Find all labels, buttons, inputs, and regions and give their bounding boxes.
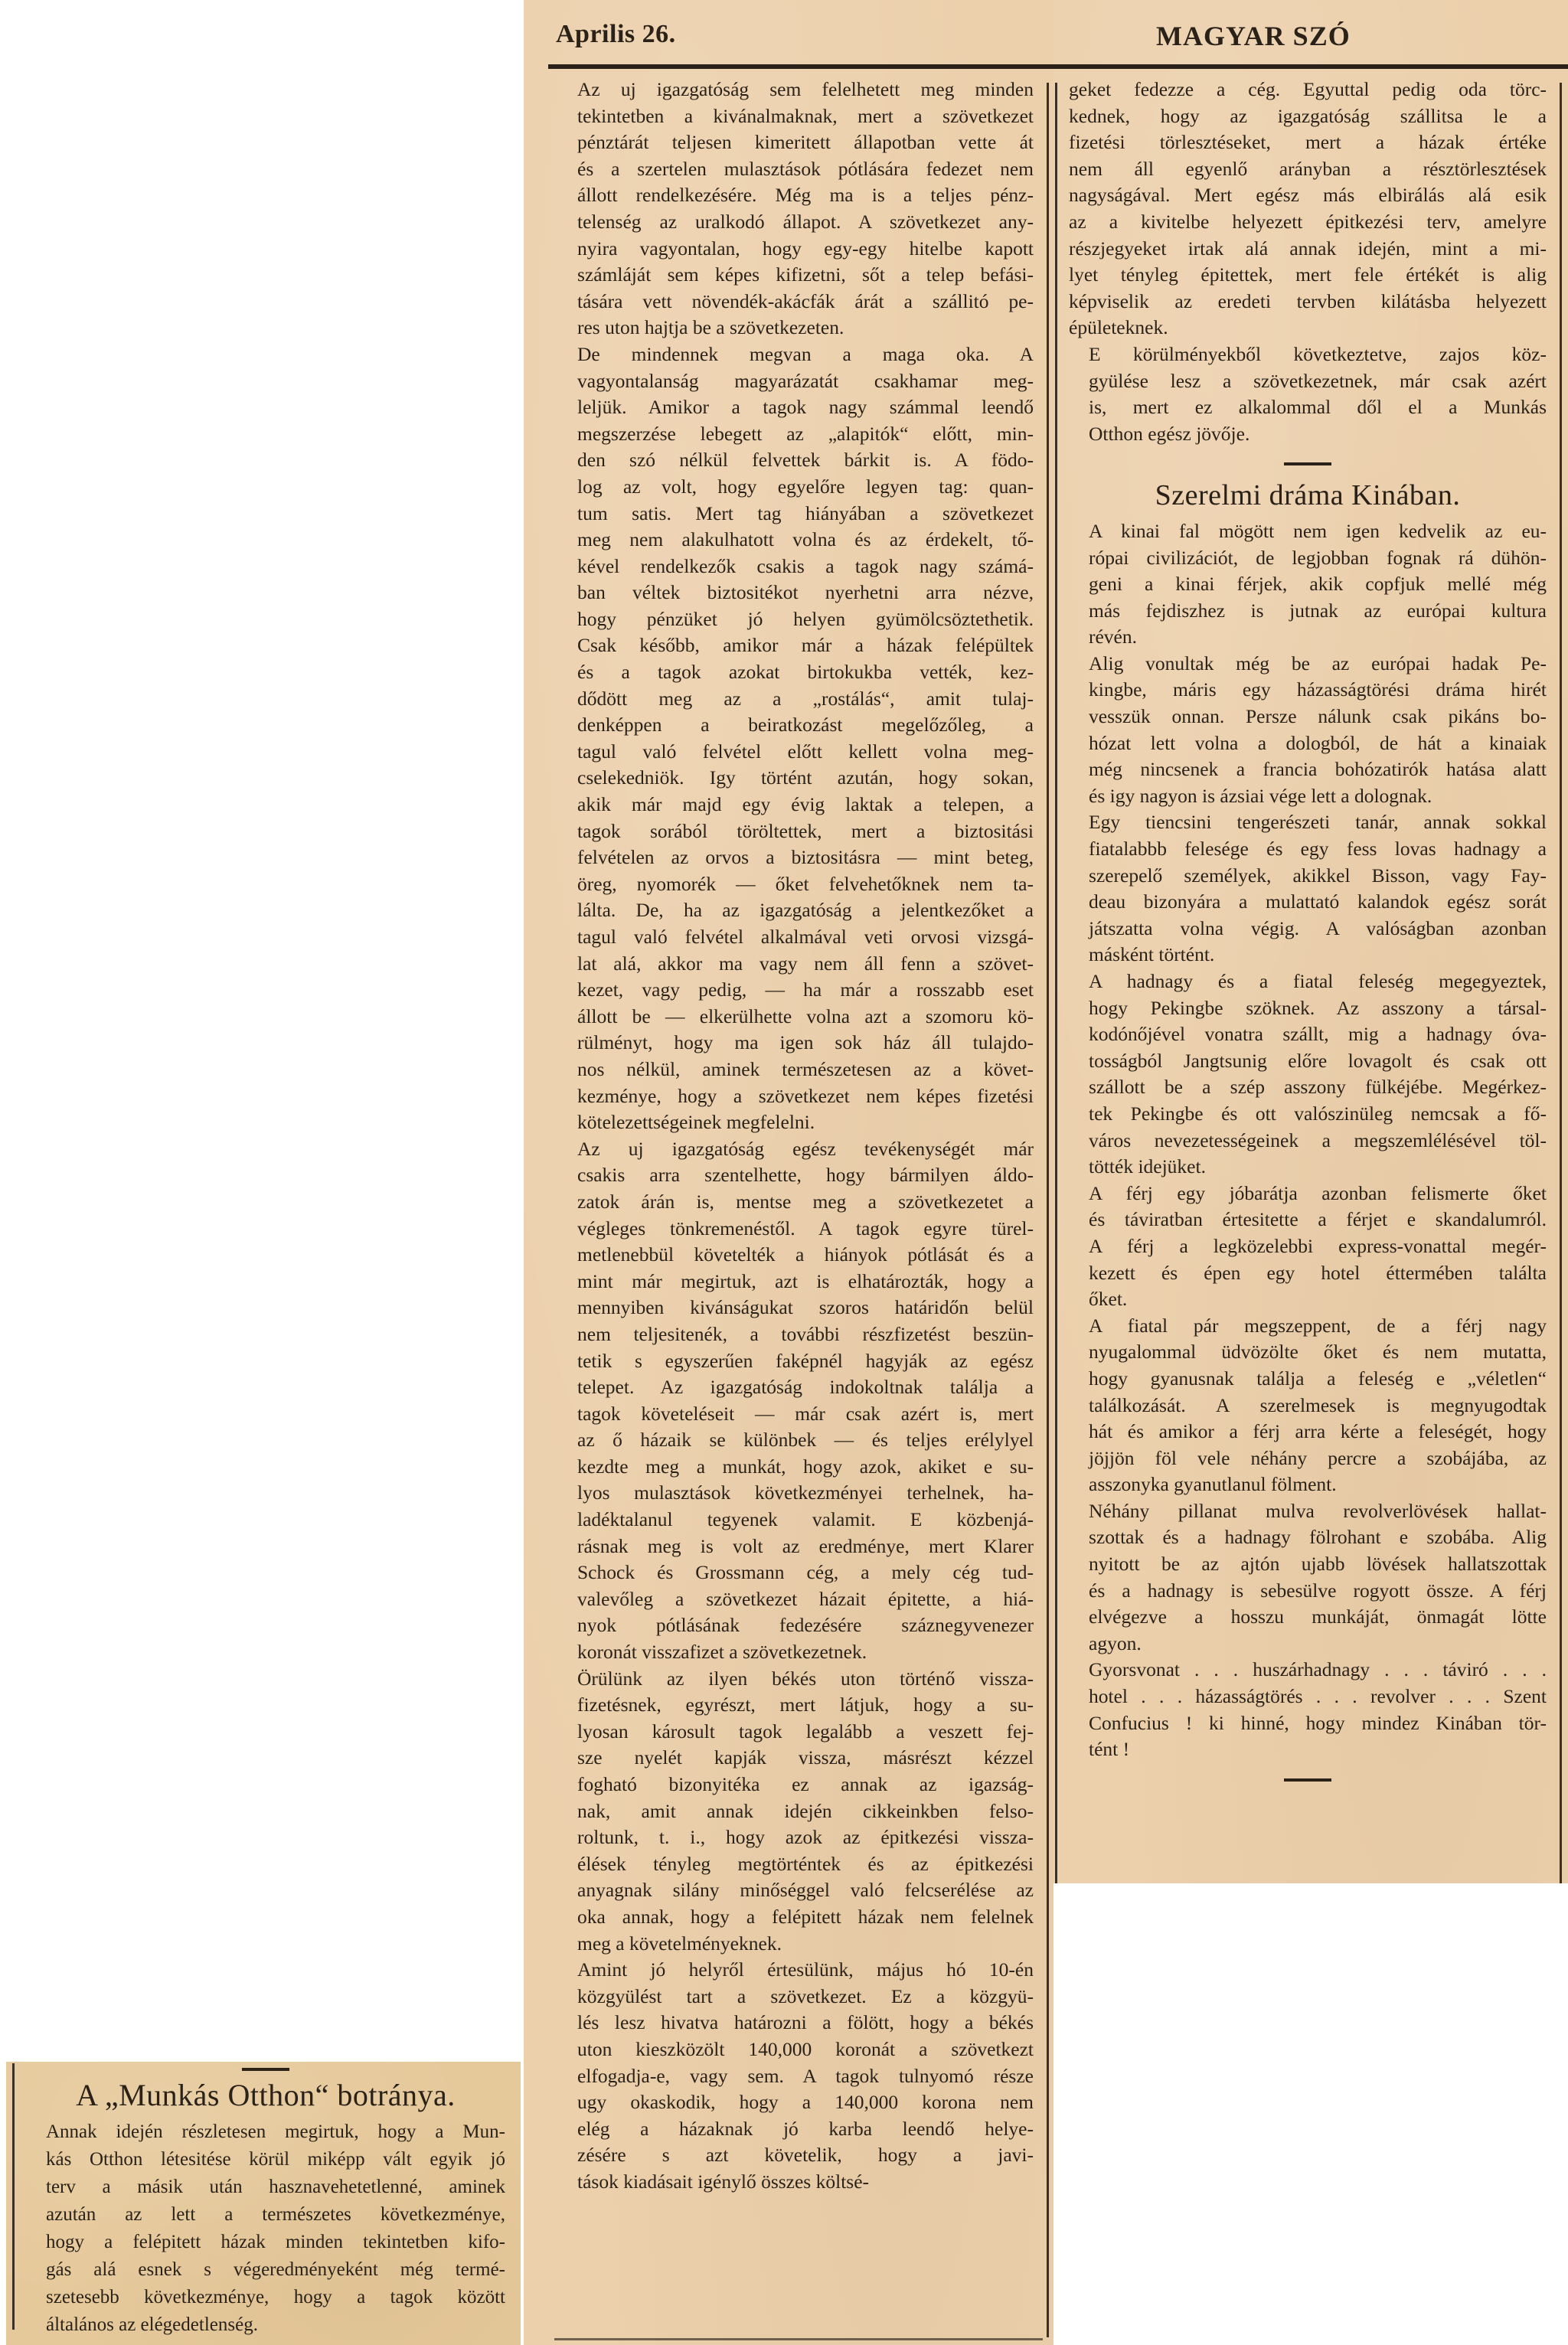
text-line: kezet, vagy pedig, — ha már a rosszabb e… [557, 977, 1034, 1004]
text-line: vesszük onnan. Persze nálunk csak pikáns… [1069, 704, 1547, 730]
text-line: res uton hajtja be a szövetkezeten. [557, 315, 1034, 341]
text-line: A férj egy jóbarátja azonban felismerte … [1069, 1181, 1547, 1207]
text-line: oka annak, hogy a felépitett házak nem f… [557, 1904, 1034, 1931]
text-line: felvételen az orvos a biztositásra — min… [557, 844, 1034, 871]
text-line: Az uj igazgatóság egész tevékenységét má… [557, 1136, 1034, 1163]
text-line: tosságból Jangtsunig előre lovagolt és c… [1069, 1048, 1547, 1075]
text-line: zésére s azt követelik, hogy a javi- [557, 2142, 1034, 2169]
header-rule [548, 64, 1053, 69]
paragraph: Amint jó helyről értesülünk, május hó 10… [557, 1957, 1034, 2195]
paragraph: E körülményekből következtetve, zajos kö… [1069, 341, 1547, 447]
text-line: nyira vagyontalan, hogy egy-egy hitelbe … [557, 236, 1034, 263]
text-line: részjegyeket irtak alá annak idején, min… [1069, 236, 1547, 263]
text-line: cselekedniök. Igy történt azután, hogy s… [557, 765, 1034, 792]
text-line: jöjjön föl vele néhány percre a szobájáb… [1069, 1445, 1547, 1472]
paragraph: A hadnagy és a fiatal feleség megegyezte… [1069, 968, 1547, 1181]
text-line: tagok sorából töröltettek, mert a biztos… [557, 818, 1034, 845]
text-line: gás alá esnek s végeredményeként még ter… [26, 2256, 505, 2284]
text-line: tek Pekingbe és ott valószinüleg nemcsak… [1069, 1101, 1547, 1128]
text-line: Örülünk az ilyen békés uton történő viss… [557, 1666, 1034, 1693]
text-line: tötték idejüket. [1069, 1154, 1547, 1181]
paragraph: Néhány pillanat mulva revolverlövések ha… [1069, 1498, 1547, 1658]
text-line: pénztárát teljesen kimeritett állapotban… [557, 129, 1034, 156]
text-line: is, mert ez alkalommal dől el a Munkás [1069, 394, 1547, 421]
text-line: A férj a legközelebbi express-vonattal m… [1069, 1233, 1547, 1260]
text-line: város nevezetességeinek a megszemlélésév… [1069, 1128, 1547, 1155]
text-line: az ő házaik se különbek — és teljes erél… [557, 1427, 1034, 1454]
text-line: játszatta volna végig. A valóságban azon… [1069, 916, 1547, 942]
text-line: Amint jó helyről értesülünk, május hó 10… [557, 1957, 1034, 1984]
text-line: uton kieszközölt 140,000 koronát a szöve… [557, 2036, 1034, 2063]
text-line: és a hadnagy is sebesülve rogyott össze.… [1069, 1578, 1547, 1605]
text-line: kével rendelkezők csakis a tagok nagy sz… [557, 554, 1034, 580]
text-line: geni a kinai férjek, akik copfjuk mellé … [1069, 571, 1547, 598]
text-line: kötelezettségeinek megfelelni. [557, 1109, 1034, 1136]
article-body: geket fedezze a cég. Egyuttal pedig oda … [1069, 77, 1547, 1798]
text-line: lyet tényleg épitettek, mert fele értéké… [1069, 262, 1547, 289]
section-separator [1284, 462, 1331, 465]
text-line: és táviratban értesitette a férjet e ska… [1069, 1207, 1547, 1233]
text-line: és igy nagyon is ázsiai vége lett a dolo… [1069, 783, 1547, 810]
text-line: képviselik az eredeti tervben kilátásba … [1069, 289, 1547, 315]
text-line: állott be — elkerülhette volna azt a szo… [557, 1004, 1034, 1030]
paragraph: A fiatal pár megszeppent, de a férj nagy… [1069, 1313, 1547, 1498]
text-line: szerepelő személyek, akikkel Bisson, vag… [1069, 863, 1547, 890]
text-line: tum satis. Mert tag hiányában a szövetke… [557, 501, 1034, 527]
text-line: és a tagok azokat birtokukba vették, kez… [557, 659, 1034, 686]
text-line: rülményt, hogy ma igen sok ház áll tulaj… [557, 1030, 1034, 1057]
text-line: zatok árán is, mentse meg a szövetkezete… [557, 1189, 1034, 1216]
left-clipping: A „Munkás Otthon“ botránya. Annak idején… [6, 2062, 521, 2345]
text-line: hogy a felépitett házak minden tekintetb… [26, 2229, 505, 2256]
text-line: geket fedezze a cég. Egyuttal pedig oda … [1069, 77, 1547, 103]
text-line: általános az elégedetlenség. [26, 2311, 505, 2339]
text-line: közgyülést tart a szövetkezet. Ez a közg… [557, 1984, 1034, 2010]
text-line: megszerzése lebegett az „alapitók“ előtt… [557, 421, 1034, 448]
text-line: végleges tönkremenéstől. A tagok egyre t… [557, 1216, 1034, 1243]
text-line: hózat lett volna a dologból, de hát a ki… [1069, 730, 1547, 757]
text-line: Schock és Grossmann cég, a mely cég tud- [557, 1560, 1034, 1586]
text-line: De mindennek megvan a maga oka. A [557, 341, 1034, 368]
column-rule-left [1055, 83, 1057, 1883]
text-line: találkozását. A szerelmesek is megnyugod… [1069, 1393, 1547, 1419]
text-line: élések tényleg megtörténtek és az épitke… [557, 1851, 1034, 1878]
text-line: nyitott be az ajtón ujabb lövések hallat… [1069, 1551, 1547, 1578]
text-line: öreg, nyomorék — őket felvehetőknek nem … [557, 871, 1034, 898]
text-line: szetesebb következménye, hogy a tagok kö… [26, 2284, 505, 2311]
text-line: más fejdiszhez is jutnak az európai kult… [1069, 598, 1547, 625]
text-line: fizetésnek, egyrészt, mert látjuk, hogy … [557, 1692, 1034, 1719]
text-line: fiatalabbb felesége és egy fess lovas ha… [1069, 836, 1547, 863]
paragraph: Gyorsvonat . . . huszárhadnagy . . . táv… [1069, 1657, 1547, 1762]
text-line: elég a házaknak jó karba leendő helye- [557, 2116, 1034, 2143]
section-separator [1284, 1778, 1331, 1782]
text-line: kingbe, máris egy házasságtörési dráma h… [1069, 677, 1547, 704]
text-line: fizetési törlesztéseket, mert a házak ér… [1069, 129, 1547, 156]
text-line: leljük. Amikor a tagok nagy számmal leen… [557, 394, 1034, 421]
text-line: dődött meg az a „rostálás“, amit tulaj- [557, 686, 1034, 713]
paragraph: Örülünk az ilyen békés uton történő viss… [557, 1666, 1034, 1958]
text-line: lálta. De, ha az igazgatóság a jelentkez… [557, 897, 1034, 924]
text-line: vagyontalanság magyarázatát csakhamar me… [557, 368, 1034, 395]
text-line: azután az lett a természetes következmén… [26, 2201, 505, 2229]
text-line: lés lesz hivatva határozni a fölött, hog… [557, 2010, 1034, 2036]
text-line: Otthon egész jövője. [1069, 421, 1547, 448]
text-line: az a kivitelbe helyezett épitkezési terv… [1069, 209, 1547, 236]
text-line: kezett és épen egy hotel éttermében talá… [1069, 1260, 1547, 1287]
text-line: nyugalommal üdvözölte őket és nem mutatt… [1069, 1339, 1547, 1366]
text-line: nagyságával. Mert egész más elbirálás al… [1069, 182, 1547, 209]
text-line: Egy tiencsini tengerészeti tanár, annak … [1069, 809, 1547, 836]
text-line: kodónőjével vonatra szállt, mig a hadnag… [1069, 1021, 1547, 1048]
text-line: őket. [1069, 1286, 1547, 1313]
text-line: kás Otthon létesitése körül miképp vált … [26, 2146, 505, 2174]
text-line: nos nélkül, aminek természetesen az a kö… [557, 1057, 1034, 1083]
text-line: nyok pótlásának fedezésére száznegyvenez… [557, 1612, 1034, 1639]
text-line: gyülése lesz a szövetkezetnek, már csak … [1069, 368, 1547, 395]
text-line: deau bizonyára a mulattató kalandok egés… [1069, 889, 1547, 916]
paragraph: Egy tiencsini tengerészeti tanár, annak … [1069, 809, 1547, 968]
text-line: rásnak meg is volt az eredménye, mert Kl… [557, 1533, 1034, 1560]
article-body: Az uj igazgatóság sem felelhetett meg mi… [557, 77, 1034, 2196]
paragraph: Alig vonultak még be az európai hadak Pe… [1069, 651, 1547, 810]
paragraph: Az uj igazgatóság egész tevékenységét má… [557, 1136, 1034, 1666]
text-line: hotel . . . házasságtörés . . . revolver… [1069, 1684, 1547, 1710]
paragraph: A férj egy jóbarátja azonban felismerte … [1069, 1181, 1547, 1313]
text-line: lyos mulasztások következményei terhelne… [557, 1480, 1034, 1507]
masthead: MAGYAR SZÓ [1156, 20, 1351, 52]
text-line: A hadnagy és a fiatal feleség megegyezte… [1069, 968, 1547, 995]
text-line: tetik s egyszerűen faképnél hagyják az e… [557, 1348, 1034, 1375]
text-line: E körülményekből következtetve, zajos kö… [1069, 341, 1547, 368]
text-line: Gyorsvonat . . . huszárhadnagy . . . táv… [1069, 1657, 1547, 1684]
middle-clipping: Aprilis 26. Az uj igazgatóság sem felelh… [524, 0, 1053, 2345]
text-line: Confucius ! ki hinné, hogy mindez Kinába… [1069, 1710, 1547, 1737]
text-line: tások kiadásait igénylő összes költsé- [557, 2169, 1034, 2196]
text-line: elvégezve a hosszu munkáját, önmagát löt… [1069, 1604, 1547, 1631]
text-line: hogy pénzüket jó helyen gyümölcsöztethet… [557, 606, 1034, 633]
text-line: szállott be a szép asszony fülkéjébe. Me… [1069, 1074, 1547, 1101]
text-line: lyosan károsult tagok legalább a veszett… [557, 1719, 1034, 1746]
text-line: mennyiben kivánságukat szoros határidőn … [557, 1295, 1034, 1321]
text-line: agyon. [1069, 1631, 1547, 1658]
text-line: révén. [1069, 624, 1547, 651]
text-line: tagul való felvétel alkalmával veti orvo… [557, 924, 1034, 951]
text-line: tására vett növendék-akácfák árát a szál… [557, 289, 1034, 315]
text-line: A fiatal pár megszeppent, de a férj nagy [1069, 1313, 1547, 1340]
text-line: meg a követelményeknek. [557, 1931, 1034, 1958]
paragraph: De mindennek megvan a maga oka. Avagyont… [557, 341, 1034, 1136]
text-line: Az uj igazgatóság sem felelhetett meg mi… [557, 77, 1034, 103]
text-line: Alig vonultak még be az európai hadak Pe… [1069, 651, 1547, 678]
text-line: tént ! [1069, 1736, 1547, 1763]
paragraph: A kinai fal mögött nem igen kedvelik az … [1069, 518, 1547, 651]
section-separator [242, 2068, 289, 2071]
text-line: metlenebbül követelték a hiányok pótlásá… [557, 1242, 1034, 1269]
text-line: mint már megirtuk, azt is elhatározták, … [557, 1269, 1034, 1295]
text-line: hogy Pekingbe szöknek. Az asszony a társ… [1069, 995, 1547, 1022]
right-clipping: MAGYAR SZÓ geket fedezze a cég. Egyuttal… [1053, 0, 1568, 1883]
text-line: Néhány pillanat mulva revolverlövések ha… [1069, 1498, 1547, 1525]
text-line: Annak idején részletesen megirtuk, hogy … [26, 2118, 505, 2146]
text-line: roltunk, t. i., hogy azok az épitkezési … [557, 1824, 1034, 1851]
text-line: lat alá, akkor ma vagy nem áll fenn a sz… [557, 951, 1034, 978]
text-line: ban véltek biztositékot nyerhetni arra n… [557, 580, 1034, 606]
column-rule [1047, 83, 1049, 2337]
text-line: A kinai fal mögött nem igen kedvelik az … [1069, 518, 1547, 545]
text-line: rópai civilizációt, de legjobban fognak … [1069, 545, 1547, 572]
text-line: tekintetben a kivánalmaknak, mert a szöv… [557, 103, 1034, 130]
article-heading: Szerelmi dráma Kinában. [1069, 482, 1547, 509]
article-heading: A „Munkás Otthon“ botránya. [26, 2082, 505, 2109]
paragraph-continuation: geket fedezze a cég. Egyuttal pedig oda … [1069, 77, 1547, 341]
paragraph: Az uj igazgatóság sem felelhetett meg mi… [557, 77, 1034, 341]
text-line: állott rendelkezésére. Még ma is a telje… [557, 182, 1034, 209]
paragraph: Annak idején részletesen megirtuk, hogy … [26, 2118, 505, 2339]
text-line: den szó nélkül felvettek bárkit is. A fö… [557, 447, 1034, 474]
text-line: és a szertelen mulasztások pótlására fed… [557, 156, 1034, 183]
text-line: fogható bizonyitéka ez annak az igazság- [557, 1772, 1034, 1798]
text-line: anyagnak silány minőséggel való felcseré… [557, 1877, 1034, 1904]
text-line: asszonyka gyanutlanul fölment. [1069, 1471, 1547, 1498]
text-line: csakis arra szentelhette, hogy bármilyen… [557, 1162, 1034, 1189]
text-line: Csak később, amikor már a házak felépült… [557, 632, 1034, 659]
text-line: nem áll egyenlő arányban a résztörleszté… [1069, 156, 1547, 183]
bottom-rule [554, 2338, 1043, 2340]
text-line: ugy okaskodik, hogy a 140,000 korona nem [557, 2089, 1034, 2116]
text-line: tagok követeléseit — már csak azért is, … [557, 1401, 1034, 1428]
text-line: szottak és a hadnagy fölrohant e szobába… [1069, 1524, 1547, 1551]
text-line: másként történt. [1069, 942, 1547, 968]
text-line: log az volt, hogy egyelőre legyen tag: q… [557, 474, 1034, 501]
text-line: nak, amit annak idején cikkeinkben felso… [557, 1798, 1034, 1825]
text-line: koronát visszafizet a szövetkezetnek. [557, 1639, 1034, 1666]
column-rule [12, 2063, 15, 2330]
text-line: hát és amikor a férj arra kérte a felesé… [1069, 1419, 1547, 1445]
text-line: hogy gyanusnak találja a feleség e „véle… [1069, 1366, 1547, 1393]
text-line: még nincsenek a francia bohózatirók hatá… [1069, 756, 1547, 783]
text-line: telepet. Az igazgatóság indokoltnak talá… [557, 1374, 1034, 1401]
text-line: denképpen a beiratkozást megelőzőleg, a [557, 712, 1034, 739]
text-line: meg nem alakulhatott volna és az érdekel… [557, 527, 1034, 554]
text-line: ladéktalanul tegyenek valamit. E közbenj… [557, 1507, 1034, 1533]
text-line: épületeknek. [1069, 315, 1547, 341]
text-line: tagul való felvétel előtt kellett volna … [557, 739, 1034, 766]
text-line: kezménye, hogy a szövetkezet nem képes f… [557, 1083, 1034, 1110]
column-rule-right [1560, 83, 1562, 1883]
text-line: valevőleg a szövetkezet házait épitette,… [557, 1586, 1034, 1613]
text-line: kednek, hogy az igazgatóság szállitsa le… [1069, 103, 1547, 130]
text-line: kezdte meg a munkát, hogy azok, akiket e… [557, 1454, 1034, 1481]
text-line: számláját sem képes kifizetni, sőt a tel… [557, 262, 1034, 289]
text-line: telenség az uralkodó állapot. A szövetke… [557, 209, 1034, 236]
text-line: nem teljesitenék, a további részfizetést… [557, 1321, 1034, 1348]
page-date: Aprilis 26. [556, 20, 676, 49]
text-line: akik már majd egy évig laktak a telepen,… [557, 792, 1034, 818]
text-line: sze nyelét kapják vissza, másrészt kézze… [557, 1745, 1034, 1772]
text-line: elfogadja-e, vagy sem. A tagok tulnyomó … [557, 2063, 1034, 2090]
text-line: terv a másik után hasznavehetetlenné, am… [26, 2174, 505, 2201]
header-rule [1053, 64, 1568, 69]
